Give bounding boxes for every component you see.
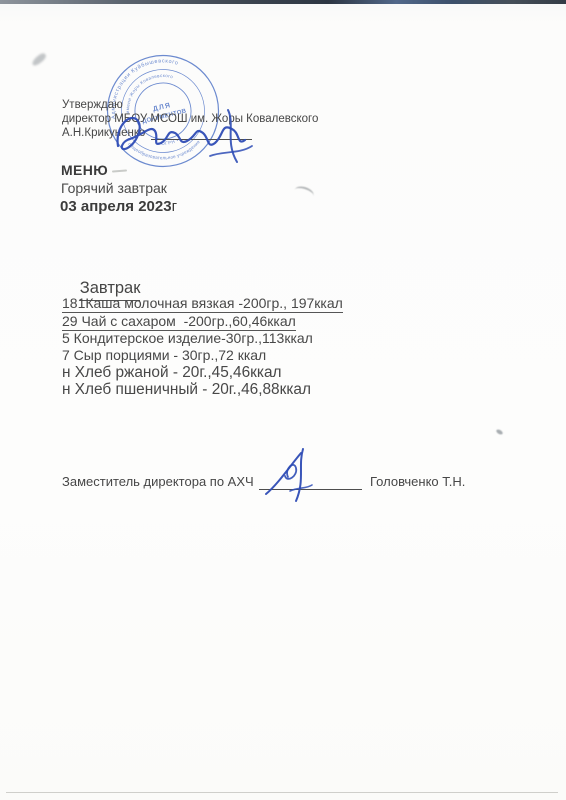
menu-item-tea: 29 Чай с сахаром -200гр.,60,46ккал (62, 313, 296, 331)
menu-subtitle: Горячий завтрак (61, 180, 167, 196)
scan-smudge (31, 52, 48, 67)
footer-role: Заместитель директора по АХЧ (62, 474, 254, 489)
menu-item-text: 181Каша молочная вязкая -200гр., 197ккал (62, 295, 343, 313)
scan-edge-bottom (6, 792, 558, 793)
menu-item-text: 7 Сыр порциями - 30гр.,72 ккал (62, 347, 266, 363)
menu-item-text: 5 Кондитерское изделие-30гр.,113ккал (62, 330, 313, 346)
menu-item-cheese: 7 Сыр порциями - 30гр.,72 ккал (62, 347, 266, 363)
menu-item-rye-bread: н Хлеб ржаной - 20г.,45,46ккал (62, 364, 282, 382)
scan-edge-top (0, 0, 566, 4)
menu-title: МЕНЮ (61, 162, 108, 178)
menu-item-text: н Хлеб пшеничный - 20г.,46,88ккал (62, 381, 311, 398)
menu-item-kasha: 181Каша молочная вязкая -200гр., 197ккал (62, 295, 343, 313)
menu-date-bold: 03 апреля 2023 (60, 198, 172, 215)
scan-speck-artifact (495, 429, 503, 436)
menu-item-wheat-bread: н Хлеб пшеничный - 20г.,46,88ккал (62, 381, 311, 399)
footer-name: Головченко Т.Н. (370, 474, 465, 489)
scanned-menu-page: Администрации Куйбышевского общеобразова… (0, 0, 566, 800)
deputy-signature (260, 446, 330, 506)
menu-item-text: н Хлеб ржаной - 20г.,45,46ккал (62, 364, 282, 381)
menu-date: 03 апреля 2023г (60, 198, 177, 215)
scan-squiggle-artifact (293, 184, 316, 202)
menu-date-suffix: г (172, 198, 177, 215)
menu-item-text: 29 Чай с сахаром -200гр.,60,46ккал (62, 313, 296, 331)
director-signature (110, 104, 270, 168)
menu-item-confectionery: 5 Кондитерское изделие-30гр.,113ккал (62, 330, 313, 346)
